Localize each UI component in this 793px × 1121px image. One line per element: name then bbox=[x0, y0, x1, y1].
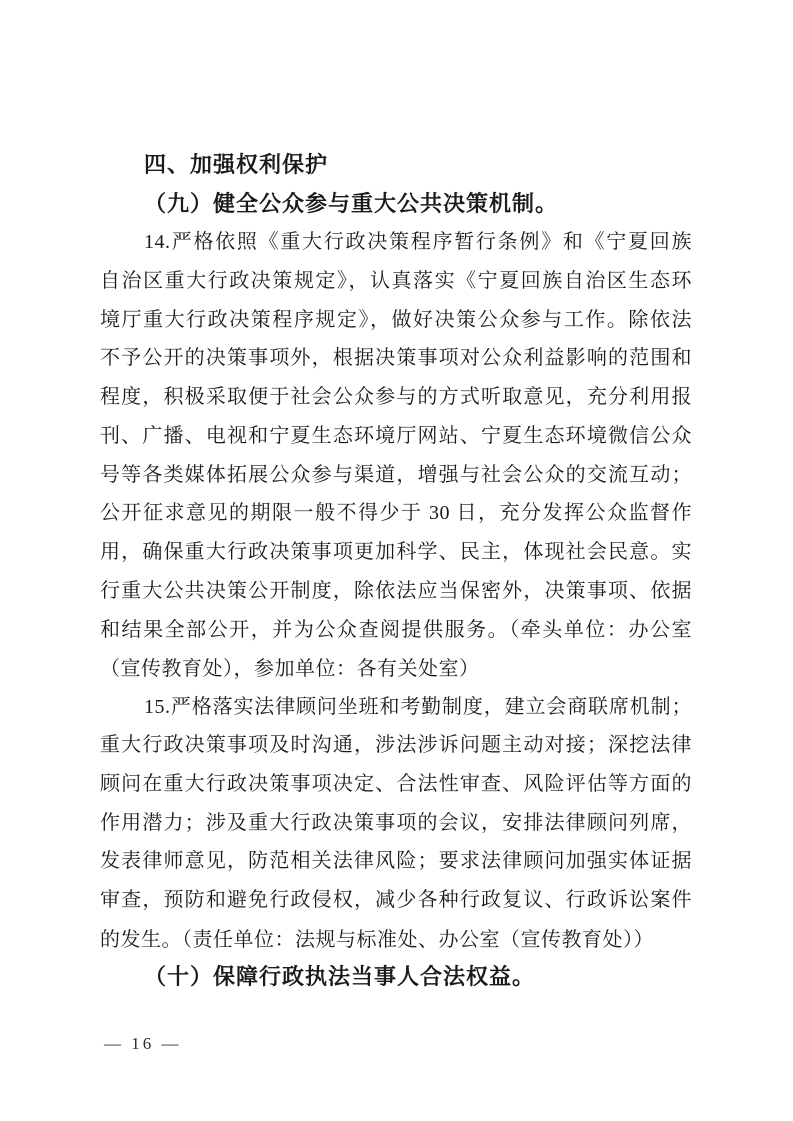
body-text: 号等各类媒体拓展公众参与渠道，增强与社会公众的交流互动； bbox=[100, 464, 692, 486]
body-text: 发表律师意见，防范相关法律风险；要求法律顾问加强实体证据 bbox=[100, 850, 692, 872]
body-text: 公开征求意见的期限一般不得少于 30 日，充分发挥公众监督作 bbox=[100, 502, 692, 524]
text-line: 程度，积极采取便于社会公众参与的方式听取意见，充分利用报 bbox=[100, 378, 692, 417]
body-text: 不予公开的决策事项外，根据决策事项对公众利益影响的范围和 bbox=[100, 347, 692, 369]
text-line: 发表律师意见，防范相关法律风险；要求法律顾问加强实体证据 bbox=[100, 842, 692, 881]
document-page: 四、加强权利保护（九）健全公众参与重大公共决策机制。14.严格依照《重大行政决策… bbox=[0, 0, 793, 1121]
subsection-heading: （十）保障行政执法当事人合法权益。 bbox=[100, 958, 692, 997]
unit-attribution-text: （宣传教育处），参加单位：各有关处室） bbox=[100, 656, 480, 680]
text-line: 和结果全部公开，并为公众查阅提供服务。（牵头单位：办公室 bbox=[100, 610, 692, 649]
text-line: 号等各类媒体拓展公众参与渠道，增强与社会公众的交流互动； bbox=[100, 456, 692, 495]
page-number: — 16 — bbox=[104, 1032, 182, 1056]
unit-attribution-text: （牵头单位：办公室 bbox=[509, 617, 692, 641]
body-text: 自治区重大行政决策规定》，认真落实《宁夏回族自治区生态环 bbox=[100, 270, 692, 292]
body-text: 的发生。 bbox=[100, 929, 182, 951]
text-line: 公开征求意见的期限一般不得少于 30 日，充分发挥公众监督作 bbox=[100, 494, 692, 533]
body-text: 重大行政决策事项及时沟通，涉法涉诉问题主动对接；深挖法律 bbox=[100, 734, 692, 756]
text-line: 境厅重大行政决策程序规定》，做好决策公众参与工作。除依法 bbox=[100, 301, 692, 340]
body-text: 15.严格落实法律顾问坐班和考勤制度，建立会商联席机制； bbox=[144, 696, 692, 718]
text-line: 的发生。（责任单位：法规与标准处、办公室（宣传教育处）） bbox=[100, 920, 692, 959]
text-line: 重大行政决策事项及时沟通，涉法涉诉问题主动对接；深挖法律 bbox=[100, 726, 692, 765]
body-text: 境厅重大行政决策程序规定》，做好决策公众参与工作。除依法 bbox=[100, 309, 692, 331]
text-line: （宣传教育处），参加单位：各有关处室） bbox=[100, 649, 692, 688]
text-line: 行重大公共决策公开制度，除依法应当保密外，决策事项、依据 bbox=[100, 572, 692, 611]
document-content: 四、加强权利保护（九）健全公众参与重大公共决策机制。14.严格依照《重大行政决策… bbox=[100, 146, 692, 997]
body-text: 顾问在重大行政决策事项决定、合法性审查、风险评估等方面的 bbox=[100, 773, 692, 795]
text-line: 顾问在重大行政决策事项决定、合法性审查、风险评估等方面的 bbox=[100, 765, 692, 804]
section-heading: 四、加强权利保护 bbox=[100, 146, 692, 185]
text-line: 不予公开的决策事项外，根据决策事项对公众利益影响的范围和 bbox=[100, 339, 692, 378]
text-line: 刊、广播、电视和宁夏生态环境厅网站、宁夏生态环境微信公众 bbox=[100, 417, 692, 456]
text-line: 审查，预防和避免行政侵权，减少各种行政复议、行政诉讼案件 bbox=[100, 881, 692, 920]
body-text: 14.严格依照《重大行政决策程序暂行条例》和《宁夏回族 bbox=[144, 231, 692, 253]
text-line: 15.严格落实法律顾问坐班和考勤制度，建立会商联席机制； bbox=[100, 688, 692, 727]
text-line: 用，确保重大行政决策事项更加科学、民主，体现社会民意。实 bbox=[100, 533, 692, 572]
text-line: 14.严格依照《重大行政决策程序暂行条例》和《宁夏回族 bbox=[100, 223, 692, 262]
body-text: 作用潜力；涉及重大行政决策事项的会议，安排法律顾问列席， bbox=[100, 812, 692, 834]
text-line: 自治区重大行政决策规定》，认真落实《宁夏回族自治区生态环 bbox=[100, 262, 692, 301]
body-text: 刊、广播、电视和宁夏生态环境厅网站、宁夏生态环境微信公众 bbox=[100, 425, 692, 447]
subsection-heading: （九）健全公众参与重大公共决策机制。 bbox=[100, 185, 692, 224]
body-text: （九）健全公众参与重大公共决策机制。 bbox=[144, 191, 558, 216]
text-line: 作用潜力；涉及重大行政决策事项的会议，安排法律顾问列席， bbox=[100, 804, 692, 843]
body-text: 和结果全部公开，并为公众查阅提供服务。 bbox=[100, 619, 509, 641]
body-text: （十）保障行政执法当事人合法权益。 bbox=[144, 964, 535, 989]
body-text: 行重大公共决策公开制度，除依法应当保密外，决策事项、依据 bbox=[100, 580, 692, 602]
body-text: 四、加强权利保护 bbox=[144, 152, 328, 177]
unit-attribution-text: （责任单位：法规与标准处、办公室（宣传教育处）） bbox=[182, 927, 654, 951]
body-text: 审查，预防和避免行政侵权，减少各种行政复议、行政诉讼案件 bbox=[100, 889, 692, 911]
body-text: 程度，积极采取便于社会公众参与的方式听取意见，充分利用报 bbox=[100, 386, 692, 408]
body-text: 用，确保重大行政决策事项更加科学、民主，体现社会民意。实 bbox=[100, 541, 692, 563]
